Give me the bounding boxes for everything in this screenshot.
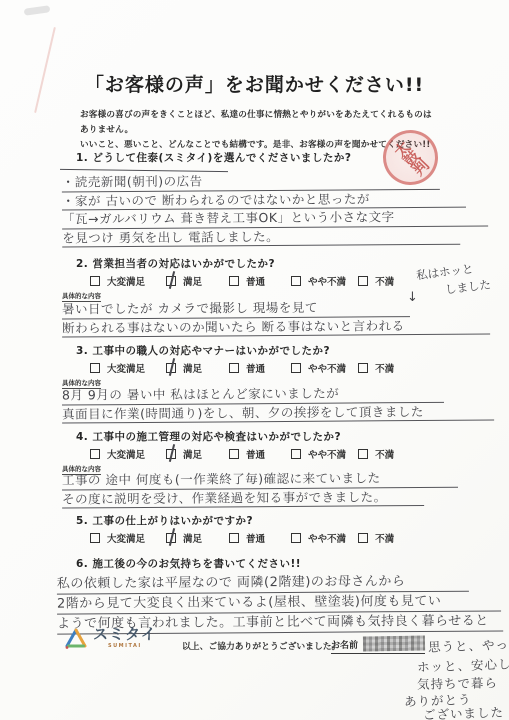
checkbox-checked[interactable] bbox=[166, 363, 176, 373]
handwritten-side-note: しました bbox=[444, 276, 492, 297]
checkbox-unchecked[interactable] bbox=[90, 363, 100, 373]
question-4-label: 4. 工事中の施工管理の対応や検査はいかがでしたか? bbox=[76, 429, 341, 444]
option-satisfied[interactable]: 満足 bbox=[166, 531, 202, 545]
checkbox-checked[interactable] bbox=[166, 533, 176, 543]
checkbox-unchecked[interactable] bbox=[90, 276, 100, 286]
option-neutral[interactable]: 普通 bbox=[229, 447, 265, 461]
option-label: 大変満足 bbox=[107, 531, 145, 545]
scan-artifact-smudge bbox=[24, 5, 51, 16]
option-very-satisfied[interactable]: 大変満足 bbox=[90, 361, 145, 375]
question-5-rating: 大変満足 満足 普通 やや不満 不満 bbox=[90, 531, 394, 545]
option-label: 普通 bbox=[246, 274, 265, 288]
logo-name-text: スミタイ bbox=[93, 627, 157, 642]
option-dissatisfied[interactable]: 不満 bbox=[358, 274, 394, 288]
handwritten-line: を見つけ 勇気を出し 電話しました。 bbox=[62, 226, 460, 247]
option-label: 普通 bbox=[246, 361, 265, 375]
question-6-label: 6. 施工後の今のお気持ちを書いてください!! bbox=[76, 556, 301, 571]
option-dissatisfied[interactable]: 不満 bbox=[358, 447, 394, 461]
name-field: お名前 bbox=[331, 632, 425, 654]
handwritten-closing-line: ございました bbox=[423, 703, 505, 720]
checkbox-checked[interactable] bbox=[166, 449, 176, 459]
option-satisfied[interactable]: 満足 bbox=[166, 447, 202, 461]
survey-scan-page: 「お客様の声」をお聞かせください!! お客様の喜びの声をきくことほど、私達の仕事… bbox=[0, 0, 509, 720]
page-title: 「お客様の声」をお聞かせください!! bbox=[0, 70, 509, 97]
checkbox-unchecked[interactable] bbox=[291, 363, 301, 373]
option-label: 不満 bbox=[375, 531, 394, 545]
question-5-label: 5. 工事の仕上がりはいかがですか? bbox=[76, 513, 253, 528]
checkbox-unchecked[interactable] bbox=[291, 276, 301, 286]
option-label: やや不満 bbox=[308, 531, 346, 545]
logo-triangle-icon bbox=[64, 627, 88, 649]
question-3-answer: 8月 9月の 暑い中 私はほとんど家にいましたが 真面目に作業(時間通り)をし、… bbox=[62, 383, 502, 423]
question-3-label: 3. 工事中の職人の対応やマナーはいかがでしたか? bbox=[76, 343, 330, 358]
checkbox-unchecked[interactable] bbox=[90, 449, 100, 459]
checkbox-unchecked[interactable] bbox=[358, 276, 368, 286]
option-neutral[interactable]: 普通 bbox=[229, 361, 265, 375]
option-neutral[interactable]: 普通 bbox=[229, 531, 265, 545]
checkbox-unchecked[interactable] bbox=[90, 533, 100, 543]
question-4-answer: 工事の 途中 何度も(一作業終了毎)確認に来ていました その度に説明を受け、作業… bbox=[62, 468, 502, 508]
question-1-label: 1. どうして住泰(スミタイ)を選んでくださいましたか? bbox=[76, 150, 351, 165]
option-very-satisfied[interactable]: 大変満足 bbox=[90, 447, 145, 461]
option-label: 不満 bbox=[375, 361, 394, 375]
option-satisfied[interactable]: 満足 bbox=[166, 361, 202, 375]
option-very-satisfied[interactable]: 大変満足 bbox=[90, 274, 145, 288]
option-label: 大変満足 bbox=[107, 447, 145, 461]
option-somewhat-dissatisfied[interactable]: やや不満 bbox=[291, 274, 346, 288]
option-label: 普通 bbox=[246, 447, 265, 461]
option-label: 不満 bbox=[375, 447, 394, 461]
intro-line-1: お客様の喜びの声をきくことほど、私達の仕事に情熱とやりがいをあたえてくれるものは… bbox=[80, 108, 440, 138]
option-somewhat-dissatisfied[interactable]: やや不満 bbox=[291, 531, 346, 545]
option-satisfied[interactable]: 満足 bbox=[166, 274, 202, 288]
option-label: 普通 bbox=[246, 531, 265, 545]
option-label: やや不満 bbox=[308, 274, 346, 288]
option-label: やや不満 bbox=[308, 447, 346, 461]
option-somewhat-dissatisfied[interactable]: やや不満 bbox=[291, 361, 346, 375]
option-label: 満足 bbox=[183, 531, 202, 545]
question-2-rating: 大変満足 満足 普通 やや不満 不満 bbox=[90, 274, 394, 288]
logo-subtitle: SUMITAI bbox=[93, 644, 157, 649]
checkbox-unchecked[interactable] bbox=[229, 363, 239, 373]
checkbox-checked[interactable] bbox=[166, 276, 176, 286]
option-label: やや不満 bbox=[308, 361, 346, 375]
option-dissatisfied[interactable]: 不満 bbox=[358, 361, 394, 375]
checkbox-unchecked[interactable] bbox=[229, 276, 239, 286]
company-logo: スミタイ SUMITAI bbox=[64, 627, 157, 649]
handwritten-line: 真面目に作業(時間通り)をし、朝、夕の挨拶をして頂きました bbox=[62, 402, 494, 424]
option-dissatisfied[interactable]: 不満 bbox=[358, 531, 394, 545]
checkbox-unchecked[interactable] bbox=[358, 363, 368, 373]
handwritten-line: その度に説明を受け、作業経過を知る事ができました。 bbox=[62, 488, 424, 509]
question-4-rating: 大変満足 満足 普通 やや不満 不満 bbox=[90, 447, 394, 461]
question-1-answer: ・読売新聞(朝刊)の広告 ・家が 古いので 断わられるのではないかと思ったが 「… bbox=[62, 170, 493, 247]
question-2-answer: 暑い日でしたが カメラで撮影し 現場を見て 断わられる事はないのか聞いたら 断る… bbox=[62, 297, 502, 337]
name-label: お名前 bbox=[331, 638, 358, 651]
checkbox-unchecked[interactable] bbox=[358, 449, 368, 459]
thanks-text: 以上、ご協力ありがとうございました。 bbox=[182, 639, 340, 652]
option-label: 大変満足 bbox=[107, 274, 145, 288]
option-somewhat-dissatisfied[interactable]: やや不満 bbox=[291, 447, 346, 461]
checkbox-unchecked[interactable] bbox=[229, 449, 239, 459]
option-very-satisfied[interactable]: 大変満足 bbox=[90, 531, 145, 545]
option-label: 満足 bbox=[183, 361, 202, 375]
handwritten-line: 断わられる事はないのか聞いたら 断る事はないと言われる bbox=[62, 316, 490, 337]
checkbox-unchecked[interactable] bbox=[229, 533, 239, 543]
option-neutral[interactable]: 普通 bbox=[229, 274, 265, 288]
option-label: 不満 bbox=[375, 274, 394, 288]
question-3-rating: 大変満足 満足 普通 やや不満 不満 bbox=[90, 361, 394, 375]
option-label: 大変満足 bbox=[107, 361, 145, 375]
checkbox-unchecked[interactable] bbox=[358, 533, 368, 543]
handwritten-line: 暑い日でしたが カメラで撮影し 現場を見て bbox=[62, 298, 410, 319]
checkbox-unchecked[interactable] bbox=[291, 449, 301, 459]
checkbox-unchecked[interactable] bbox=[291, 533, 301, 543]
option-label: 満足 bbox=[183, 274, 202, 288]
censored-name bbox=[363, 635, 425, 651]
handwritten-closing-line: 思うと、やっと bbox=[428, 634, 509, 655]
option-label: 満足 bbox=[183, 447, 202, 461]
question-2-label: 2. 営業担当者の対応はいかがでしたか? bbox=[76, 256, 275, 271]
